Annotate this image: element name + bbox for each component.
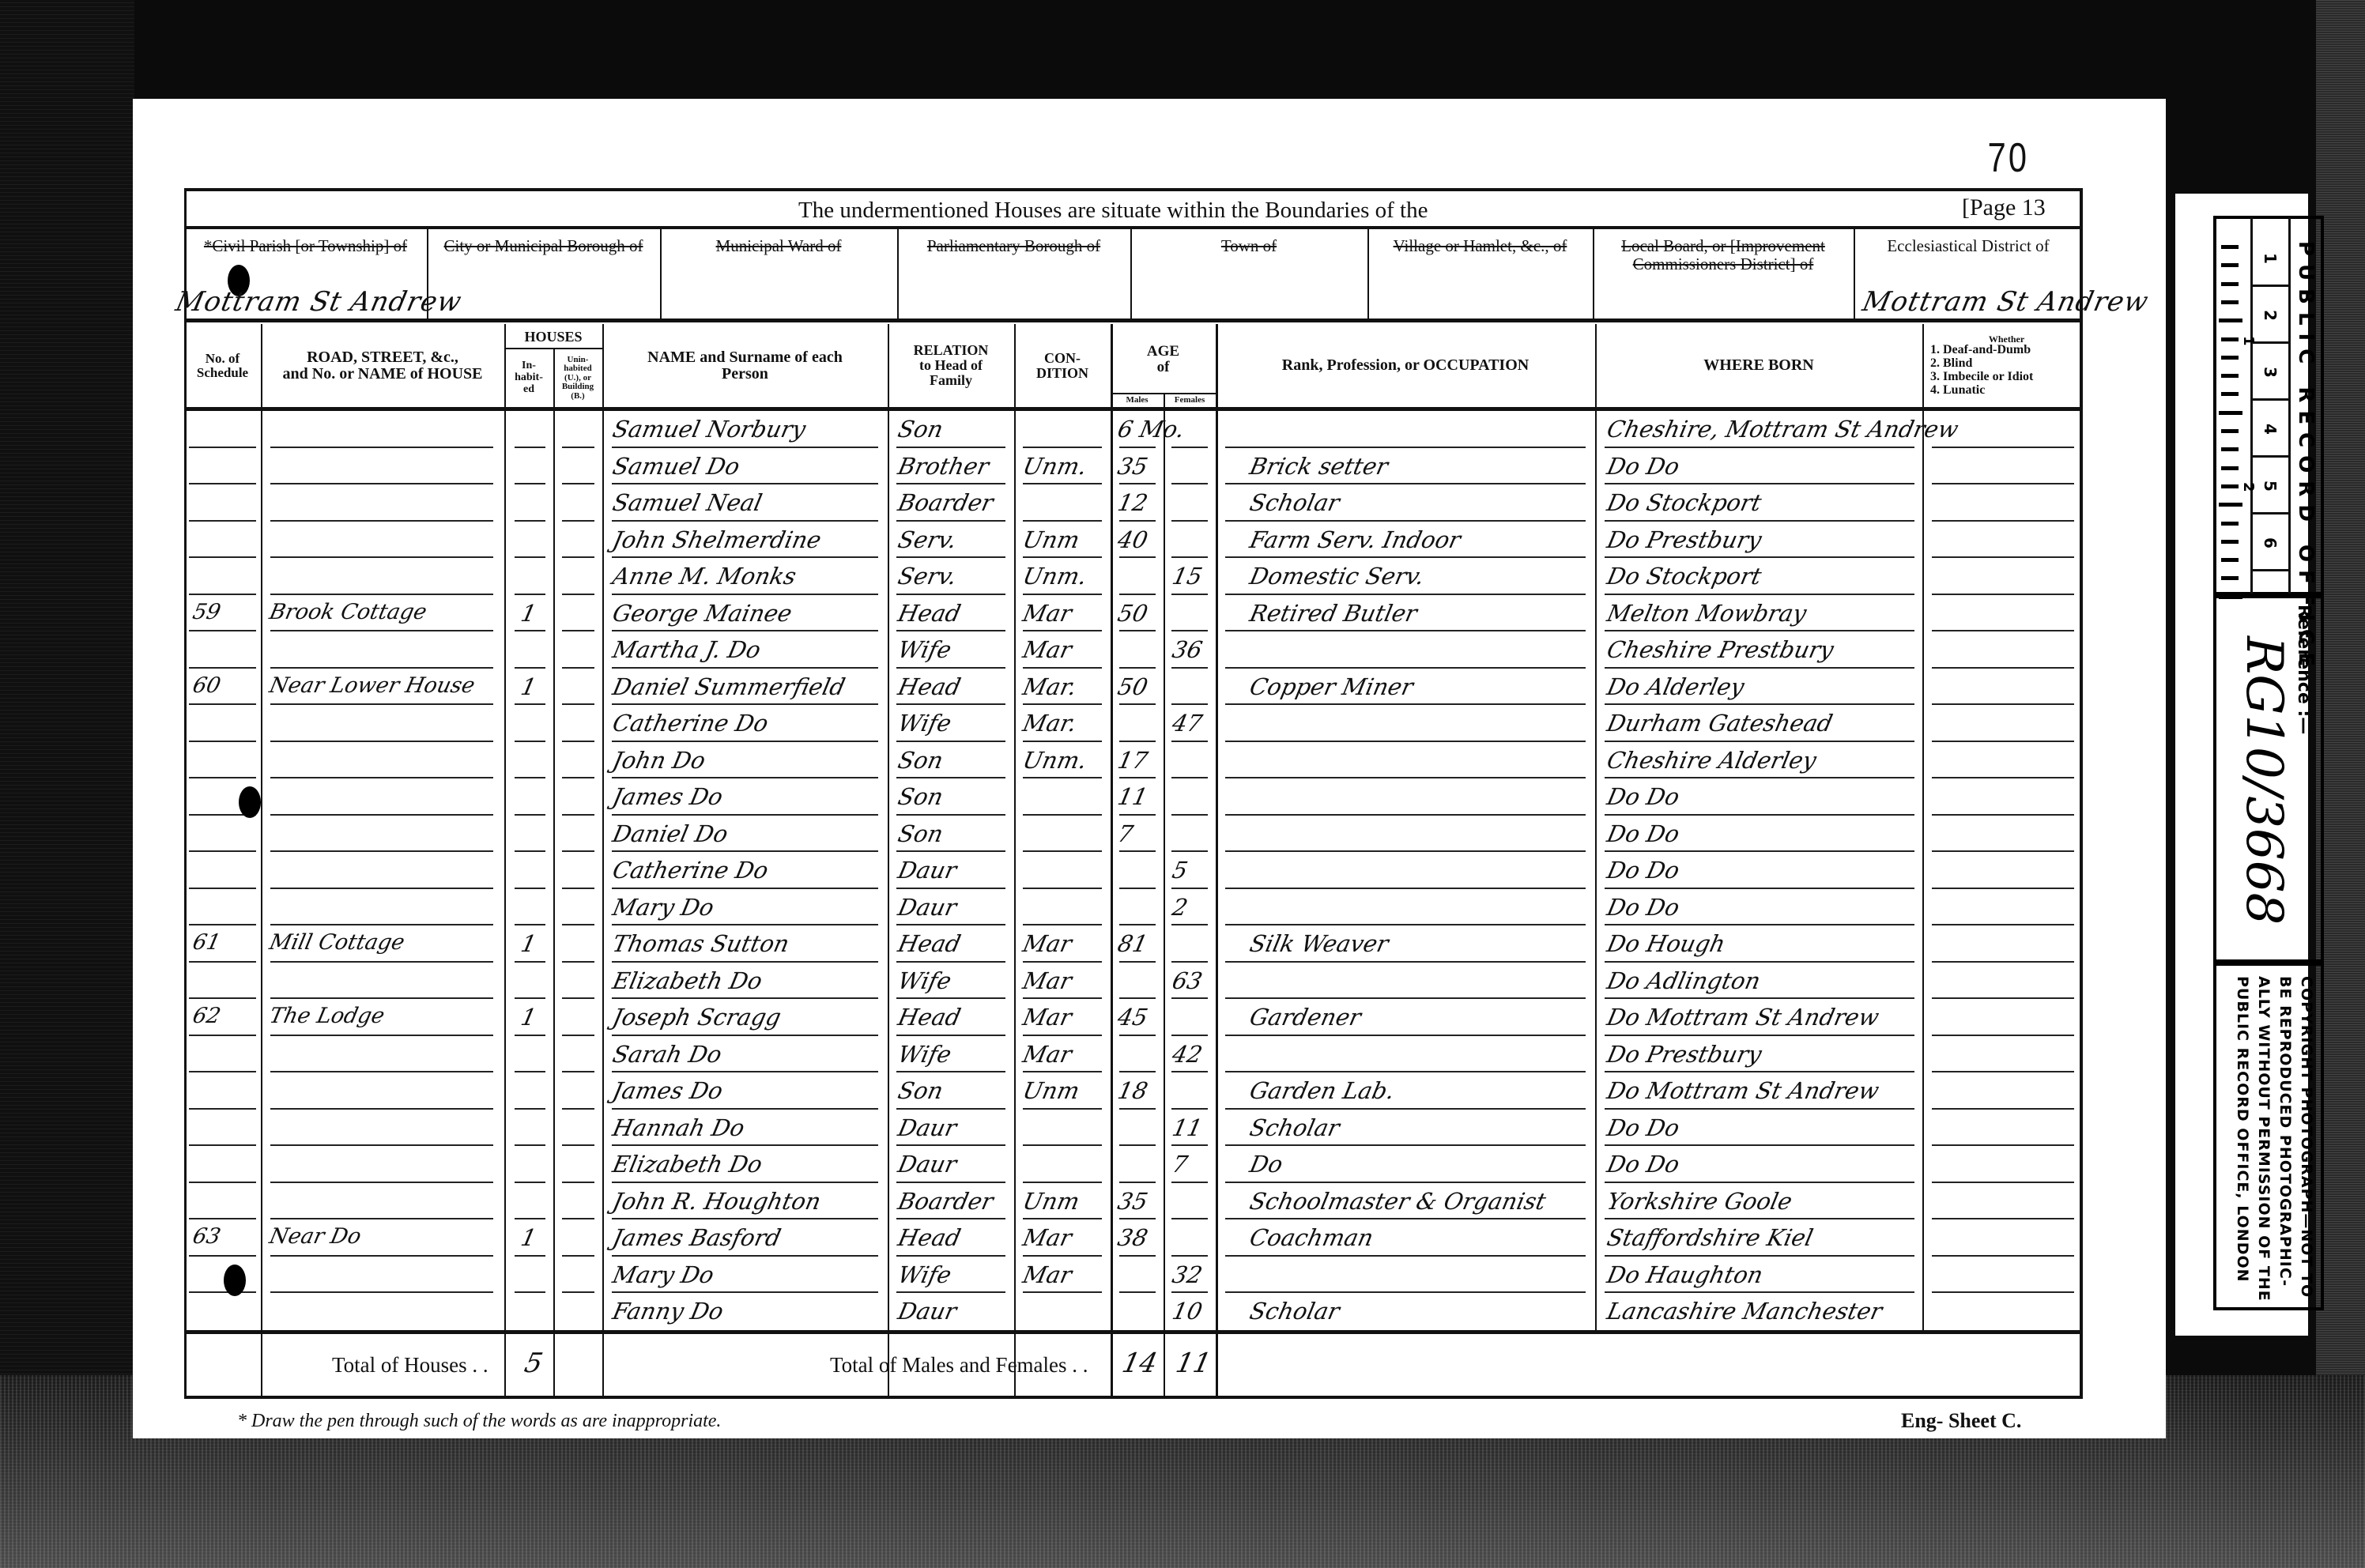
cell-name: Fanny Do xyxy=(610,1298,726,1325)
row-rule xyxy=(1932,741,2074,742)
header-road: ROAD, STREET, &c.,and No. or NAME of HOU… xyxy=(261,324,504,407)
cell-occupation: Coachman xyxy=(1247,1224,1376,1251)
header-text: ed xyxy=(523,384,534,396)
total-females-value: 11 xyxy=(1173,1347,1214,1379)
row-rule xyxy=(1171,447,1208,448)
row-rule xyxy=(1171,1108,1208,1110)
row-rule xyxy=(896,1218,1005,1219)
cell-where-born: Do Stockport xyxy=(1605,489,1763,516)
row-rule xyxy=(189,447,256,448)
row-rule xyxy=(270,1035,493,1036)
row-rule xyxy=(1171,1071,1208,1072)
row-rule xyxy=(1605,924,1914,925)
header-text: of xyxy=(1157,360,1170,375)
punch-hole xyxy=(224,1265,246,1296)
header-text: 3. Imbecile or Idiot xyxy=(1930,371,2033,384)
row-rule xyxy=(1605,850,1914,852)
cell-relation: Wife xyxy=(896,967,954,994)
copyright-line: PUBLIC RECORD OFFICE, LONDON xyxy=(2234,976,2251,1283)
row-rule xyxy=(612,814,878,816)
cell-where-born: Do Do xyxy=(1605,894,1682,921)
cell-female-age: 32 xyxy=(1170,1261,1205,1288)
row-rule xyxy=(515,741,545,742)
row-rule xyxy=(270,924,493,925)
location-divider xyxy=(1854,229,1855,320)
cell-male-age: 38 xyxy=(1115,1224,1150,1251)
header-text: Rank, Profession, or OCCUPATION xyxy=(1282,357,1529,374)
cell-male-age: 12 xyxy=(1115,489,1150,516)
row-rule xyxy=(1225,483,1586,484)
column-divider xyxy=(504,324,506,1397)
cell-name: Thomas Sutton xyxy=(610,930,792,957)
cell-where-born: Do Hough xyxy=(1605,930,1728,957)
scale-number: 5 xyxy=(2261,481,2280,492)
cell-where-born: Do Do xyxy=(1605,1151,1682,1178)
location-divider xyxy=(897,229,899,320)
row-rule xyxy=(270,1182,493,1183)
row-rule xyxy=(270,1218,493,1219)
row-rule xyxy=(270,1255,493,1257)
location-value: Mottram St Andrew xyxy=(173,286,465,318)
row-rule xyxy=(1225,1108,1586,1110)
row-rule xyxy=(612,1218,878,1219)
cell-name: Martha J. Do xyxy=(610,636,763,663)
cell-condition: Mar xyxy=(1020,1004,1074,1031)
row-rule xyxy=(270,1144,493,1146)
row-rule xyxy=(612,1108,878,1110)
row-rule xyxy=(515,1218,545,1219)
row-rule xyxy=(1225,1144,1586,1146)
header-text: CON- xyxy=(1044,351,1081,366)
location-label: Village or Hamlet, &c., of xyxy=(1372,237,1588,255)
row-rule xyxy=(1023,520,1102,522)
row-rule xyxy=(612,741,878,742)
row-rule xyxy=(1023,630,1102,631)
cell-house: The Lodge xyxy=(267,1004,387,1028)
cell-relation: Boarder xyxy=(896,489,996,516)
row-rule xyxy=(1932,1255,2074,1257)
row-rule xyxy=(270,888,493,889)
row-rule xyxy=(1932,447,2074,448)
row-rule xyxy=(1119,1035,1156,1036)
cell-name: James Do xyxy=(610,1077,726,1104)
cell-occupation: Do xyxy=(1247,1151,1285,1178)
row-rule xyxy=(270,997,493,999)
cell-female-age: 42 xyxy=(1170,1041,1205,1068)
ruler-tick xyxy=(2219,411,2242,415)
row-rule xyxy=(1171,556,1208,558)
row-rule xyxy=(612,1291,878,1293)
cell-house: Mill Cottage xyxy=(267,930,407,955)
row-rule xyxy=(612,997,878,999)
row-rule xyxy=(1171,520,1208,522)
location-label: *Civil Parish [or Township] of xyxy=(189,237,422,255)
row-rule xyxy=(562,1218,594,1219)
row-rule xyxy=(612,1071,878,1072)
row-rule xyxy=(1171,924,1208,925)
row-rule xyxy=(515,961,545,963)
row-rule xyxy=(515,703,545,705)
scale-divider xyxy=(2251,398,2289,401)
cell-name: Mary Do xyxy=(610,894,716,921)
cell-female-age: 36 xyxy=(1170,636,1205,663)
ruler-tick xyxy=(2219,595,2242,599)
scale-divider xyxy=(2251,341,2289,344)
header-text: to Head of xyxy=(919,358,983,373)
row-rule xyxy=(1171,814,1208,816)
row-rule xyxy=(1605,630,1914,631)
row-rule xyxy=(515,447,545,448)
cell-relation: Son xyxy=(896,747,945,774)
row-rule xyxy=(1932,961,2074,963)
row-rule xyxy=(1225,1071,1586,1072)
row-rule xyxy=(515,1071,545,1072)
cell-condition: Unm. xyxy=(1020,747,1089,774)
rule-totals-top xyxy=(184,1330,2083,1334)
cell-occupation: Garden Lab. xyxy=(1247,1077,1397,1104)
cell-name: Elizabeth Do xyxy=(610,1151,765,1178)
location-divider xyxy=(1367,229,1369,320)
cell-relation: Daur xyxy=(896,1114,959,1141)
cell-name: John R. Houghton xyxy=(610,1188,824,1215)
cell-name: John Do xyxy=(610,747,708,774)
row-rule xyxy=(189,1182,256,1183)
row-rule xyxy=(270,520,493,522)
row-rule xyxy=(1932,1035,2074,1036)
pro-reference-label: Reference :— xyxy=(2294,605,2314,734)
row-rule xyxy=(1225,520,1586,522)
row-rule xyxy=(515,556,545,558)
row-rule xyxy=(1605,1255,1914,1257)
row-rule xyxy=(612,483,878,484)
cell-relation: Brother xyxy=(896,453,991,480)
scale-divider xyxy=(2251,285,2289,287)
row-rule xyxy=(1171,741,1208,742)
row-rule xyxy=(1119,703,1156,705)
cell-name: John Shelmerdine xyxy=(610,526,824,553)
row-rule xyxy=(515,520,545,522)
row-rule xyxy=(270,961,493,963)
scale-divider xyxy=(2251,512,2289,514)
ruler-tick xyxy=(2221,282,2239,286)
pro-reference-strip: PUBLIC RECORD OFFICE Reference :— RG10/3… xyxy=(2175,194,2308,1336)
cell-where-born: Yorkshire Goole xyxy=(1605,1188,1794,1215)
scan-background-left xyxy=(0,0,134,1568)
row-rule xyxy=(1023,1218,1102,1219)
row-rule xyxy=(1023,997,1102,999)
cell-name: Elizabeth Do xyxy=(610,967,765,994)
row-rule xyxy=(1023,1291,1102,1293)
page-heading: The undermentioned Houses are situate wi… xyxy=(798,198,1428,224)
row-rule xyxy=(562,447,594,448)
row-rule xyxy=(1932,814,2074,816)
row-rule xyxy=(896,961,1005,963)
row-rule xyxy=(562,961,594,963)
row-rule xyxy=(515,924,545,925)
row-rule xyxy=(1605,888,1914,889)
header-females: Females xyxy=(1164,394,1216,407)
row-rule xyxy=(1225,924,1586,925)
row-rule xyxy=(1932,888,2074,889)
inch-number: 1 xyxy=(2240,336,2257,346)
row-rule xyxy=(1932,483,2074,484)
cell-where-born: Do Alderley xyxy=(1605,673,1747,700)
cell-male-age: 50 xyxy=(1115,600,1150,627)
row-rule xyxy=(612,1255,878,1257)
ruler-tick xyxy=(2219,503,2242,507)
cell-male-age: 35 xyxy=(1115,453,1150,480)
row-rule xyxy=(1225,556,1586,558)
row-rule xyxy=(270,1291,493,1293)
location-divider xyxy=(1593,229,1594,320)
column-divider xyxy=(1595,324,1597,1330)
row-rule xyxy=(1605,1108,1914,1110)
header-houses: HOUSES xyxy=(504,326,602,348)
cell-condition: Unm xyxy=(1020,1077,1082,1104)
cell-where-born: Do Do xyxy=(1605,857,1682,884)
row-rule xyxy=(1605,594,1914,595)
row-rule xyxy=(1932,594,2074,595)
row-rule xyxy=(612,447,878,448)
row-rule xyxy=(612,924,878,925)
row-rule xyxy=(562,703,594,705)
row-rule xyxy=(1171,997,1208,999)
ruler-tick xyxy=(2221,374,2239,378)
header-text: and No. or NAME of HOUSE xyxy=(283,366,483,383)
column-divider xyxy=(1922,324,1924,1330)
location-divider xyxy=(660,229,662,320)
scale-divider xyxy=(2251,455,2289,458)
location-divider xyxy=(1130,229,1132,320)
cell-female-age: 63 xyxy=(1170,967,1205,994)
row-rule xyxy=(1119,888,1156,889)
row-rule xyxy=(189,1218,256,1219)
header-uninhabited: Unin-habited(U.), orBuilding(B.) xyxy=(553,349,602,407)
row-rule xyxy=(189,1071,256,1072)
column-divider xyxy=(1014,324,1016,1397)
cell-condition: Mar xyxy=(1020,967,1074,994)
row-rule xyxy=(1171,630,1208,631)
cell-where-born: Durham Gateshead xyxy=(1605,710,1835,737)
cell-male-age: 6 Mo. xyxy=(1115,416,1187,443)
row-rule xyxy=(1225,667,1586,669)
cell-occupation: Gardener xyxy=(1247,1004,1364,1031)
header-text: 1. Deaf-and-Dumb xyxy=(1930,344,2031,357)
header-text: No. of xyxy=(206,352,240,366)
row-rule xyxy=(1605,741,1914,742)
row-rule xyxy=(1119,556,1156,558)
row-rule xyxy=(612,556,878,558)
cell-male-age: 17 xyxy=(1115,747,1150,774)
cell-occupation: Copper Miner xyxy=(1247,673,1416,700)
ruler-tick xyxy=(2221,300,2239,304)
header-text: Schedule xyxy=(197,366,248,380)
location-label: Town of xyxy=(1135,237,1363,255)
cell-condition: Mar xyxy=(1020,1224,1074,1251)
cell-name: James Do xyxy=(610,783,726,810)
row-rule xyxy=(896,1071,1005,1072)
row-rule xyxy=(896,850,1005,852)
row-rule xyxy=(1932,703,2074,705)
row-rule xyxy=(562,1035,594,1036)
row-rule xyxy=(1023,447,1102,448)
row-rule xyxy=(189,997,256,999)
row-rule xyxy=(1171,1218,1208,1219)
row-rule xyxy=(1605,1291,1914,1293)
row-rule xyxy=(1023,1035,1102,1036)
row-rule xyxy=(1023,888,1102,889)
cell-name: George Mainee xyxy=(610,600,794,627)
row-rule xyxy=(562,741,594,742)
cell-house: Near Lower House xyxy=(267,673,477,698)
column-divider xyxy=(602,324,604,1397)
header-text: ROAD, STREET, &c., xyxy=(307,349,458,366)
row-rule xyxy=(1932,1144,2074,1146)
row-rule xyxy=(515,1291,545,1293)
row-rule xyxy=(1225,1035,1586,1036)
cell-relation: Head xyxy=(896,930,964,957)
row-rule xyxy=(1932,1182,2074,1183)
column-divider xyxy=(888,324,889,1397)
row-rule xyxy=(1023,777,1102,778)
row-rule xyxy=(515,888,545,889)
row-rule xyxy=(562,997,594,999)
row-rule xyxy=(1225,850,1586,852)
row-rule xyxy=(270,447,493,448)
row-rule xyxy=(189,1255,256,1257)
row-rule xyxy=(896,1291,1005,1293)
row-rule xyxy=(1225,961,1586,963)
row-rule xyxy=(1023,1255,1102,1257)
row-rule xyxy=(896,777,1005,778)
location-label: Local Board, or [Improvement Commissione… xyxy=(1597,237,1849,273)
header-text: habited xyxy=(564,364,591,374)
cell-female-age: 47 xyxy=(1170,710,1205,737)
footnote: * Draw the pen through such of the words… xyxy=(237,1411,721,1432)
row-rule xyxy=(562,667,594,669)
row-rule xyxy=(612,1182,878,1183)
cell-name: Samuel Neal xyxy=(610,489,764,516)
row-rule xyxy=(515,1255,545,1257)
cell-where-born: Do Adlington xyxy=(1605,967,1763,994)
cell-condition: Mar xyxy=(1020,1261,1074,1288)
row-rule xyxy=(562,556,594,558)
row-rule xyxy=(1171,1255,1208,1257)
inch-number: 2 xyxy=(2240,482,2257,492)
row-rule xyxy=(1119,924,1156,925)
cell-relation: Son xyxy=(896,416,945,443)
cell-male-age: 35 xyxy=(1115,1188,1150,1215)
header-text: Person xyxy=(722,366,768,383)
total-houses-label: Total of Houses . . xyxy=(332,1353,488,1378)
row-rule xyxy=(1171,667,1208,669)
row-rule xyxy=(1119,594,1156,595)
row-rule xyxy=(515,483,545,484)
header-inhabited: In-habit-ed xyxy=(504,349,553,407)
cell-name: James Basford xyxy=(610,1224,783,1251)
row-rule xyxy=(1119,1291,1156,1293)
row-rule xyxy=(1932,520,2074,522)
cell-schedule: 63 xyxy=(190,1224,223,1249)
pro-scale-divider xyxy=(2250,217,2253,594)
cell-name: Daniel Summerfield xyxy=(610,673,847,700)
cell-where-born: Do Mottram St Andrew xyxy=(1605,1077,1881,1104)
row-rule xyxy=(612,594,878,595)
row-rule xyxy=(562,1182,594,1183)
column-divider xyxy=(553,349,555,1397)
row-rule xyxy=(612,667,878,669)
row-rule xyxy=(515,1182,545,1183)
row-rule xyxy=(896,814,1005,816)
row-rule xyxy=(1605,703,1914,705)
row-rule xyxy=(1119,850,1156,852)
row-rule xyxy=(189,1144,256,1146)
cell-male-age: 40 xyxy=(1115,526,1150,553)
row-rule xyxy=(1023,1071,1102,1072)
cell-where-born: Cheshire Alderley xyxy=(1605,747,1819,774)
row-rule xyxy=(1932,997,2074,999)
cell-relation: Daur xyxy=(896,857,959,884)
row-rule xyxy=(612,1144,878,1146)
cell-relation: Wife xyxy=(896,636,954,663)
cell-where-born: Melton Mowbray xyxy=(1605,600,1809,627)
cell-male-age: 50 xyxy=(1115,673,1150,700)
row-rule xyxy=(1932,850,2074,852)
row-rule xyxy=(1119,1108,1156,1110)
cell-occupation: Schoolmaster & Organist xyxy=(1247,1188,1548,1215)
cell-male-age: 11 xyxy=(1115,783,1150,810)
scale-number: 3 xyxy=(2261,367,2280,378)
row-rule xyxy=(270,630,493,631)
ruler-tick xyxy=(2221,447,2239,451)
ruler-tick xyxy=(2221,245,2239,249)
row-rule xyxy=(1171,703,1208,705)
row-rule xyxy=(270,703,493,705)
row-rule xyxy=(1932,924,2074,925)
row-rule xyxy=(189,703,256,705)
row-rule xyxy=(612,777,878,778)
cell-where-born: Do Prestbury xyxy=(1605,1041,1764,1068)
header-relation: RELATIONto Head ofFamily xyxy=(888,324,1014,407)
row-rule xyxy=(1119,741,1156,742)
row-rule xyxy=(1171,777,1208,778)
row-rule xyxy=(1023,703,1102,705)
row-rule xyxy=(562,1291,594,1293)
cell-condition: Mar xyxy=(1020,930,1074,957)
row-rule xyxy=(1932,556,2074,558)
row-rule xyxy=(1605,447,1914,448)
row-rule xyxy=(1119,1144,1156,1146)
row-rule xyxy=(270,741,493,742)
cell-male-age: 45 xyxy=(1115,1004,1150,1031)
column-divider xyxy=(261,324,262,1397)
cell-condition: Unm. xyxy=(1020,563,1089,590)
row-rule xyxy=(1023,961,1102,963)
row-rule xyxy=(270,556,493,558)
cell-name: Sarah Do xyxy=(610,1041,724,1068)
cell-relation: Wife xyxy=(896,1041,954,1068)
scale-number: 2 xyxy=(2261,310,2280,321)
cell-where-born: Do Prestbury xyxy=(1605,526,1764,553)
cell-name: Daniel Do xyxy=(610,820,730,847)
row-rule xyxy=(270,777,493,778)
row-rule xyxy=(1023,814,1102,816)
row-rule xyxy=(270,667,493,669)
row-rule xyxy=(562,1144,594,1146)
cell-occupation: Scholar xyxy=(1247,1114,1342,1141)
cell-occupation: Retired Butler xyxy=(1247,600,1420,627)
row-rule xyxy=(896,630,1005,631)
